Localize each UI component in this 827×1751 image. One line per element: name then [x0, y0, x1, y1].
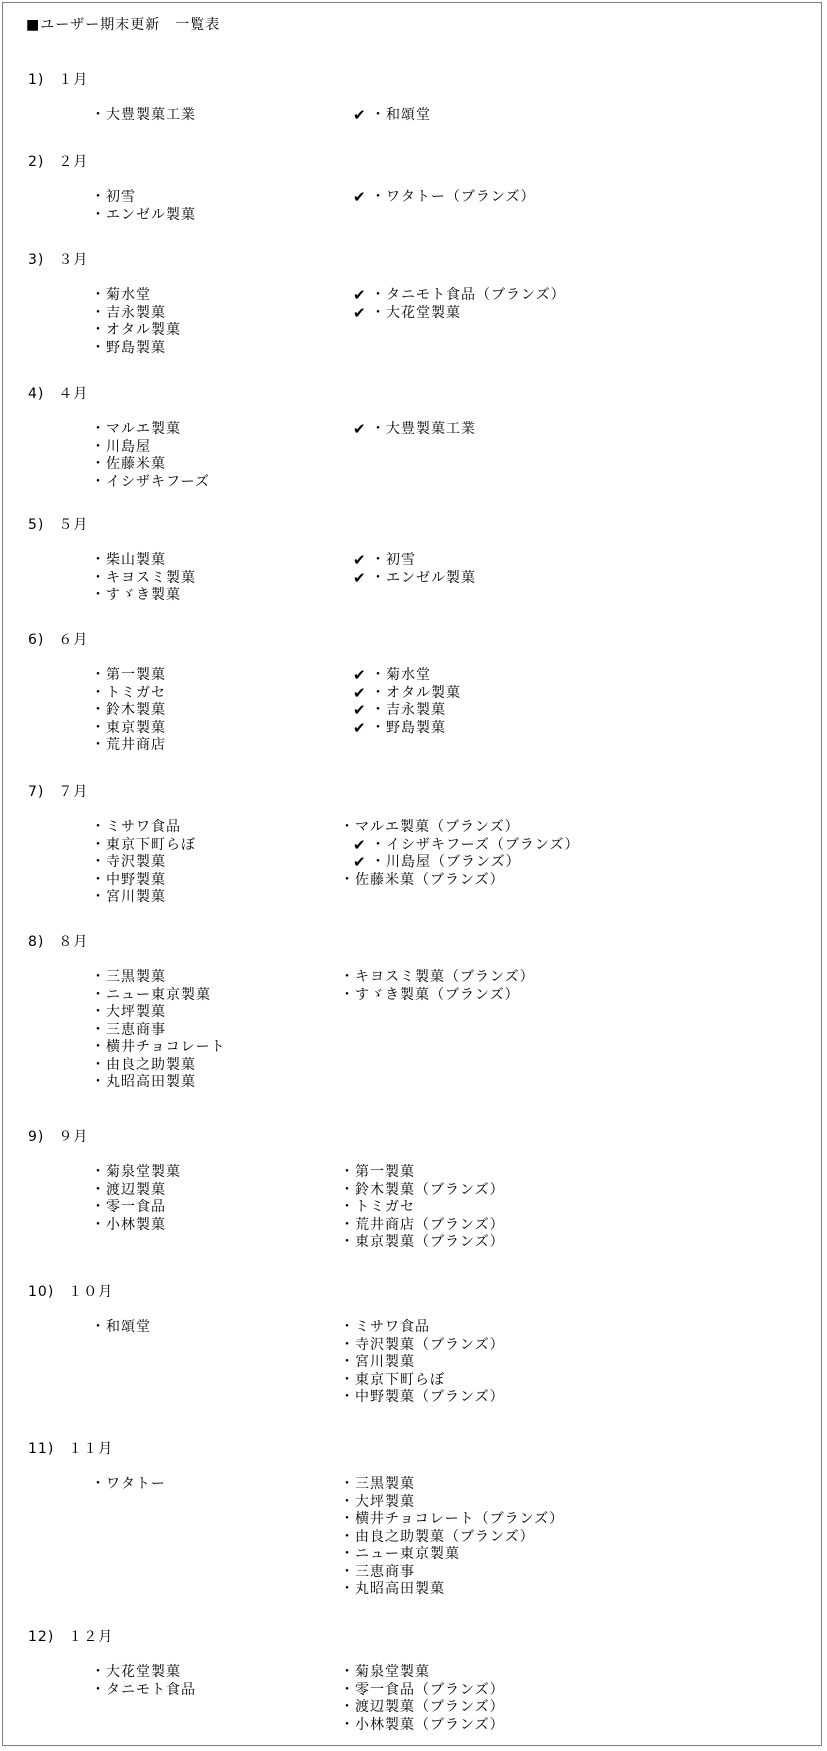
company-item: ・菊水堂: [91, 287, 181, 305]
company-item: ・中野製菓: [91, 872, 196, 890]
month-header: 4)４月: [28, 383, 88, 403]
company-item: ✔・大豊製菓工業: [353, 421, 476, 439]
company-item: ・宮川製菓: [91, 889, 196, 907]
company-item: ・イシザキフーズ: [91, 474, 210, 492]
company-item: ・初雪: [91, 189, 196, 207]
company-item: ・すゞき製菓（ブランズ）: [340, 987, 535, 1005]
check-icon: ✔: [353, 854, 371, 872]
company-item: ・宮川製菓: [340, 1354, 505, 1372]
month-number: 6): [28, 632, 44, 648]
right-company-column: ・第一製菓・鈴木製菓（ブランズ）・トミガセ・荒井商店（ブランズ）・東京製菓（ブラ…: [340, 1164, 505, 1252]
company-name: ・大豊製菓工業: [371, 421, 476, 437]
company-name: ・キヨスミ製菓（ブランズ）: [340, 969, 535, 985]
company-item: ・ニュー東京製菓: [340, 1546, 564, 1564]
month-number: 5): [28, 517, 44, 533]
company-item: ・トミガセ: [340, 1199, 505, 1217]
right-company-column: ✔・大豊製菓工業: [340, 421, 476, 439]
company-item: ✔・タニモト食品（ブランズ）: [353, 287, 566, 305]
company-name: ・マルエ製菓（ブランズ）: [340, 819, 520, 835]
left-company-column: ・柴山製菓・キヨスミ製菓・すゞき製菓: [91, 552, 196, 605]
company-item: ・鈴木製菓（ブランズ）: [340, 1182, 505, 1200]
check-icon: ✔: [353, 189, 371, 207]
company-item: ・佐藤米菓: [91, 456, 210, 474]
left-company-column: ・第一製菓・トミガセ・鈴木製菓・東京製菓・荒井商店: [91, 667, 166, 755]
company-item: ✔・和頌堂: [353, 107, 431, 125]
month-label: １月: [58, 72, 88, 88]
company-item: ・東京製菓: [91, 720, 166, 738]
company-name: ・イシザキフーズ（ブランズ）: [371, 837, 579, 853]
left-company-column: ・大豊製菓工業: [91, 107, 196, 125]
company-item: ・トミガセ: [91, 685, 166, 703]
check-icon: ✔: [353, 685, 371, 703]
company-name: ・東京製菓（ブランズ）: [340, 1234, 505, 1250]
company-item: ・丸昭高田製菓: [340, 1581, 564, 1599]
company-name: ・ワタトー（ブランズ）: [371, 189, 535, 205]
company-name: ・宮川製菓: [340, 1354, 415, 1370]
company-item: ✔・エンゼル製菓: [353, 570, 476, 588]
company-name: ・和頌堂: [371, 107, 431, 123]
check-icon: ✔: [353, 667, 371, 685]
month-label: ８月: [58, 934, 88, 950]
company-name: ・ニュー東京製菓: [340, 1546, 460, 1562]
company-item: ・東京下町らぼ: [340, 1372, 505, 1390]
company-item: ・和頌堂: [91, 1319, 151, 1337]
company-item: ・三黒製菓: [91, 969, 226, 987]
left-company-column: ・菊水堂・吉永製菓・オタル製菓・野島製菓: [91, 287, 181, 357]
company-item: ・川島屋: [91, 439, 210, 457]
company-name: ・寺沢製菓（ブランズ）: [340, 1337, 505, 1353]
company-item: ✔・野島製菓: [353, 720, 461, 738]
company-item: ・三恵商事: [91, 1022, 226, 1040]
right-company-column: ✔・ワタトー（ブランズ）: [340, 189, 535, 207]
company-item: ・三黒製菓: [340, 1476, 564, 1494]
company-item: ・鈴木製菓: [91, 702, 166, 720]
company-item: ✔・イシザキフーズ（ブランズ）: [353, 837, 579, 855]
company-name: ・小林製菓（ブランズ）: [340, 1717, 505, 1733]
company-item: ・大花堂製菓: [91, 1664, 196, 1682]
company-item: ・第一製菓: [340, 1164, 505, 1182]
month-number: 4): [28, 386, 44, 402]
month-label: ６月: [58, 632, 88, 648]
company-item: ・タニモト食品: [91, 1682, 196, 1700]
company-name: ・川島屋（ブランズ）: [371, 854, 521, 870]
company-name: ・すゞき製菓（ブランズ）: [340, 987, 520, 1003]
month-number: 9): [28, 1129, 44, 1145]
company-item: ・横井チョコレート: [91, 1039, 226, 1057]
company-item: ・菊泉堂製菓: [340, 1664, 505, 1682]
left-company-column: ・マルエ製菓・川島屋・佐藤米菓・イシザキフーズ: [91, 421, 210, 491]
company-item: ・ワタトー: [91, 1476, 166, 1494]
company-item: ・オタル製菓: [91, 322, 181, 340]
company-name: ・オタル製菓: [371, 685, 461, 701]
check-icon: ✔: [353, 287, 371, 305]
left-company-column: ・大花堂製菓・タニモト食品: [91, 1664, 196, 1699]
check-icon: ✔: [353, 837, 371, 855]
company-name: ・大坪製菓: [340, 1494, 415, 1510]
month-header: 11)１１月: [28, 1438, 113, 1458]
right-company-column: ・三黒製菓・大坪製菓・横井チョコレート（ブランズ）・由良之助製菓（ブランズ）・ニ…: [340, 1476, 564, 1599]
company-item: ✔・オタル製菓: [353, 685, 461, 703]
company-item: ・菊泉堂製菓: [91, 1164, 181, 1182]
right-company-column: ・キヨスミ製菓（ブランズ）・すゞき製菓（ブランズ）: [340, 969, 535, 1004]
company-item: ・第一製菓: [91, 667, 166, 685]
month-header: 9)９月: [28, 1126, 88, 1146]
company-item: ・由良之助製菓（ブランズ）: [340, 1529, 564, 1547]
check-icon: ✔: [353, 305, 371, 323]
right-company-column: ✔・タニモト食品（ブランズ）✔・大花堂製菓: [340, 287, 566, 322]
company-item: ・キヨスミ製菓（ブランズ）: [340, 969, 535, 987]
month-header: 1)１月: [28, 69, 88, 89]
company-item: ・零一食品（ブランズ）: [340, 1682, 505, 1700]
company-name: ・大花堂製菓: [371, 305, 461, 321]
company-item: ・寺沢製菓（ブランズ）: [340, 1337, 505, 1355]
company-name: ・荒井商店（ブランズ）: [340, 1217, 505, 1233]
check-icon: ✔: [353, 552, 371, 570]
company-item: ・佐藤米菓（ブランズ）: [340, 872, 579, 890]
company-item: ・三恵商事: [340, 1564, 564, 1582]
company-name: ・中野製菓（ブランズ）: [340, 1389, 505, 1405]
check-icon: ✔: [353, 570, 371, 588]
month-label: ７月: [58, 784, 88, 800]
company-name: ・ミサワ食品: [340, 1319, 430, 1335]
company-name: ・丸昭高田製菓: [340, 1581, 445, 1597]
company-item: ・マルエ製菓（ブランズ）: [340, 819, 579, 837]
right-company-column: ・ミサワ食品・寺沢製菓（ブランズ）・宮川製菓・東京下町らぼ・中野製菓（ブランズ）: [340, 1319, 505, 1407]
company-item: ・東京下町らぼ: [91, 837, 196, 855]
company-item: ・東京製菓（ブランズ）: [340, 1234, 505, 1252]
right-company-column: ✔・初雪✔・エンゼル製菓: [340, 552, 476, 587]
month-header: 2)２月: [28, 151, 88, 171]
left-company-column: ・初雪・エンゼル製菓: [91, 189, 196, 224]
company-item: ・由良之助製菓: [91, 1057, 226, 1075]
month-header: 5)５月: [28, 514, 88, 534]
document-page: ■ユーザー期末更新 一覧表 1)１月 ・大豊製菓工業 ✔・和頌堂 2)２月 ・初…: [2, 2, 822, 1746]
company-item: ✔・川島屋（ブランズ）: [353, 854, 579, 872]
company-name: ・初雪: [371, 552, 416, 568]
company-name: ・東京下町らぼ: [340, 1372, 445, 1388]
month-number: 1): [28, 72, 44, 88]
company-name: ・由良之助製菓（ブランズ）: [340, 1529, 535, 1545]
company-item: ✔・吉永製菓: [353, 702, 461, 720]
company-item: ✔・ワタトー（ブランズ）: [353, 189, 535, 207]
company-name: ・横井チョコレート（ブランズ）: [340, 1511, 564, 1527]
month-number: 2): [28, 154, 44, 170]
company-item: ・柴山製菓: [91, 552, 196, 570]
company-name: ・三恵商事: [340, 1564, 415, 1580]
month-number: 12): [28, 1629, 54, 1645]
company-name: ・鈴木製菓（ブランズ）: [340, 1182, 505, 1198]
company-item: ・ミサワ食品: [91, 819, 196, 837]
month-number: 3): [28, 252, 44, 268]
month-label: ５月: [58, 517, 88, 533]
company-item: ・すゞき製菓: [91, 587, 196, 605]
right-company-column: ・マルエ製菓（ブランズ）✔・イシザキフーズ（ブランズ）✔・川島屋（ブランズ）・佐…: [340, 819, 579, 889]
company-name: ・タニモト食品（ブランズ）: [371, 287, 566, 303]
page-title: ■ユーザー期末更新 一覧表: [26, 14, 220, 34]
month-label: １２月: [68, 1629, 113, 1645]
right-company-column: ✔・和頌堂: [340, 107, 431, 125]
company-name: ・第一製菓: [340, 1164, 415, 1180]
company-item: ・寺沢製菓: [91, 854, 196, 872]
company-name: ・エンゼル製菓: [371, 570, 476, 586]
company-item: ・ニュー東京製菓: [91, 987, 226, 1005]
company-item: ・丸昭高田製菓: [91, 1074, 226, 1092]
company-item: ✔・菊水堂: [353, 667, 461, 685]
left-company-column: ・和頌堂: [91, 1319, 151, 1337]
month-label: ９月: [58, 1129, 88, 1145]
company-item: ✔・大花堂製菓: [353, 305, 566, 323]
company-name: ・渡辺製菓（ブランズ）: [340, 1699, 505, 1715]
month-label: １１月: [68, 1441, 113, 1457]
company-item: ・渡辺製菓: [91, 1182, 181, 1200]
company-item: ・渡辺製菓（ブランズ）: [340, 1699, 505, 1717]
month-number: 10): [28, 1284, 54, 1300]
company-name: ・トミガセ: [340, 1199, 415, 1215]
month-label: ２月: [58, 154, 88, 170]
month-header: 12)１２月: [28, 1626, 113, 1646]
company-item: ✔・初雪: [353, 552, 476, 570]
left-company-column: ・菊泉堂製菓・渡辺製菓・零一食品・小林製菓: [91, 1164, 181, 1234]
company-item: ・ミサワ食品: [340, 1319, 505, 1337]
check-icon: ✔: [353, 421, 371, 439]
month-label: １０月: [68, 1284, 113, 1300]
check-icon: ✔: [353, 702, 371, 720]
month-header: 3)３月: [28, 249, 88, 269]
month-number: 8): [28, 934, 44, 950]
month-header: 10)１０月: [28, 1281, 113, 1301]
company-item: ・零一食品: [91, 1199, 181, 1217]
right-company-column: ✔・菊水堂✔・オタル製菓✔・吉永製菓✔・野島製菓: [340, 667, 461, 737]
company-item: ・中野製菓（ブランズ）: [340, 1389, 505, 1407]
company-name: ・菊泉堂製菓: [340, 1664, 430, 1680]
company-item: ・エンゼル製菓: [91, 207, 196, 225]
company-name: ・野島製菓: [371, 720, 446, 736]
check-icon: ✔: [353, 107, 371, 125]
company-item: ・マルエ製菓: [91, 421, 210, 439]
left-company-column: ・ワタトー: [91, 1476, 166, 1494]
company-item: ・小林製菓: [91, 1217, 181, 1235]
company-item: ・荒井商店: [91, 737, 166, 755]
company-item: ・野島製菓: [91, 340, 181, 358]
company-name: ・吉永製菓: [371, 702, 446, 718]
left-company-column: ・ミサワ食品・東京下町らぼ・寺沢製菓・中野製菓・宮川製菓: [91, 819, 196, 907]
company-name: ・三黒製菓: [340, 1476, 415, 1492]
month-header: 7)７月: [28, 781, 88, 801]
company-item: ・大坪製菓: [91, 1004, 226, 1022]
month-label: ４月: [58, 386, 88, 402]
month-header: 8)８月: [28, 931, 88, 951]
company-item: ・荒井商店（ブランズ）: [340, 1217, 505, 1235]
company-item: ・小林製菓（ブランズ）: [340, 1717, 505, 1735]
company-name: ・零一食品（ブランズ）: [340, 1682, 505, 1698]
left-company-column: ・三黒製菓・ニュー東京製菓・大坪製菓・三恵商事・横井チョコレート・由良之助製菓・…: [91, 969, 226, 1092]
month-number: 11): [28, 1441, 54, 1457]
company-item: ・大豊製菓工業: [91, 107, 196, 125]
month-number: 7): [28, 784, 44, 800]
company-item: ・キヨスミ製菓: [91, 570, 196, 588]
month-label: ３月: [58, 252, 88, 268]
company-item: ・吉永製菓: [91, 305, 181, 323]
company-name: ・菊水堂: [371, 667, 431, 683]
company-item: ・横井チョコレート（ブランズ）: [340, 1511, 564, 1529]
company-item: ・大坪製菓: [340, 1494, 564, 1512]
check-icon: ✔: [353, 720, 371, 738]
company-name: ・佐藤米菓（ブランズ）: [340, 872, 505, 888]
month-header: 6)６月: [28, 629, 88, 649]
right-company-column: ・菊泉堂製菓・零一食品（ブランズ）・渡辺製菓（ブランズ）・小林製菓（ブランズ）: [340, 1664, 505, 1734]
